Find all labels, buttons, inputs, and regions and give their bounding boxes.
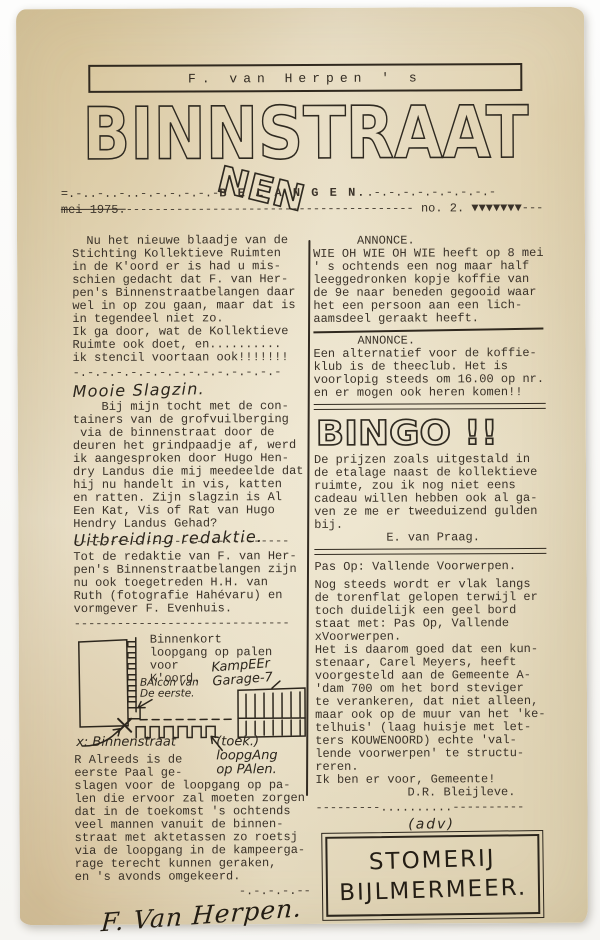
loopgang-diagram: Binnenkort loopgang op palen voor K'oord… [74, 633, 311, 754]
garage-ticks-bottom [246, 720, 300, 735]
newsletter-page: F. van Herpen ' s BINNSTRAAT NEN =.-..-.… [16, 7, 588, 925]
issue-date: mei 1975. [61, 204, 126, 217]
bingo-signature: E. van Praag. [314, 531, 546, 545]
diagram-label-balcon: BAlcon van De eerste. [140, 677, 199, 699]
masthead-title-art: BINNSTRAAT [80, 89, 532, 177]
issue-row: mei 1975. ------------------------------… [61, 202, 557, 217]
owner-name: F. van Herpen ' s [188, 70, 423, 86]
pasop-signature: D.R. Bleijleve. [315, 786, 547, 800]
diagram-label-garage: KampEEr Garage-7 [211, 657, 273, 689]
handwritten-signature: F. Van Herpen. [100, 893, 311, 938]
intro-paragraph: Nu het nieuwe blaadje van de Stichting K… [72, 234, 309, 365]
redaktie-paragraph: Tot de redaktie van F. van Her- pen's Bi… [73, 550, 309, 616]
building-outline [79, 640, 128, 727]
issue-marks: ▼▼▼▼▼▼▼--- [464, 202, 543, 215]
heading-uitbreiding-wrap: ------------------------------ Uitbreidi… [73, 531, 309, 551]
annonce2-paragraph: Een alternatief voor de koffie- klub is … [313, 347, 545, 400]
advert-box: STOMERIJ BIJLMERMEER. [325, 834, 540, 917]
bingo-paragraph: De prijzen zoals uitgestald in de etalag… [314, 453, 546, 532]
double-rule [314, 548, 546, 555]
pasop-paragraph-2: Het is daarom goed dat een kun- stenaar,… [315, 643, 548, 787]
advert-text: STOMERIJ BIJLMERMEER. [338, 843, 528, 909]
slagzin-paragraph: Bij mijn tocht met de con- tainers van d… [73, 400, 310, 531]
annonce1-paragraph: WIE OH WIE OH WIE heeft op 8 mei ' s och… [313, 247, 545, 326]
double-rule [314, 403, 546, 410]
left-column: Nu het nieuwe blaadje van de Stichting K… [72, 234, 311, 930]
subtitle-rule-right: .-.-.-.-.-.-.-.-.- [366, 186, 496, 200]
pasop-heading: Pas Op: Vallende Voorwerpen. [314, 560, 546, 574]
subtitle-row: =.-..-..-..-.-.-.-.-.- B E L A N G E N. … [61, 186, 547, 201]
balcony-block [128, 708, 140, 719]
bingo-heading-art: BINGO !! [314, 413, 546, 452]
adv-label: (adv) [316, 816, 548, 833]
battlement-teeth [128, 642, 136, 702]
scan-background: F. van Herpen ' s BINNSTRAAT NEN =.-..-.… [0, 0, 600, 940]
issue-rule: ---------------------------------------- [126, 202, 421, 216]
diagram-label-binnenstraat: x: Binnenstraat [76, 736, 176, 749]
balcon-arrow [138, 700, 152, 708]
subtitle-belangen: B E L A N G E N. [219, 187, 366, 201]
bingo-heading: BINGO !! [316, 413, 498, 452]
heading-mooie-slagzin: Mooie Slagzin. [72, 377, 308, 401]
garage-ticks-top [246, 692, 300, 717]
subtitle-rule-left: =.-..-..-..-.-.-.-.-.- [61, 187, 219, 201]
section-divider: ------------------------------ [74, 617, 310, 631]
issue-number: no. 2. [421, 202, 464, 215]
pasop-paragraph-1: Nog steeds wordt er vlak langs de torenf… [314, 578, 546, 644]
section-divider: ---------..........---------- [315, 801, 547, 815]
diagram-label-loopgang: (toek.) loopgAng op PAlen. [216, 735, 278, 777]
right-column: ANNONCE. WIE OH WIE OH WIE heeft op 8 me… [313, 234, 548, 916]
hand-rule [313, 328, 543, 334]
garage-outline [238, 688, 305, 737]
newsletter-title: BINNSTRAAT [82, 90, 528, 176]
